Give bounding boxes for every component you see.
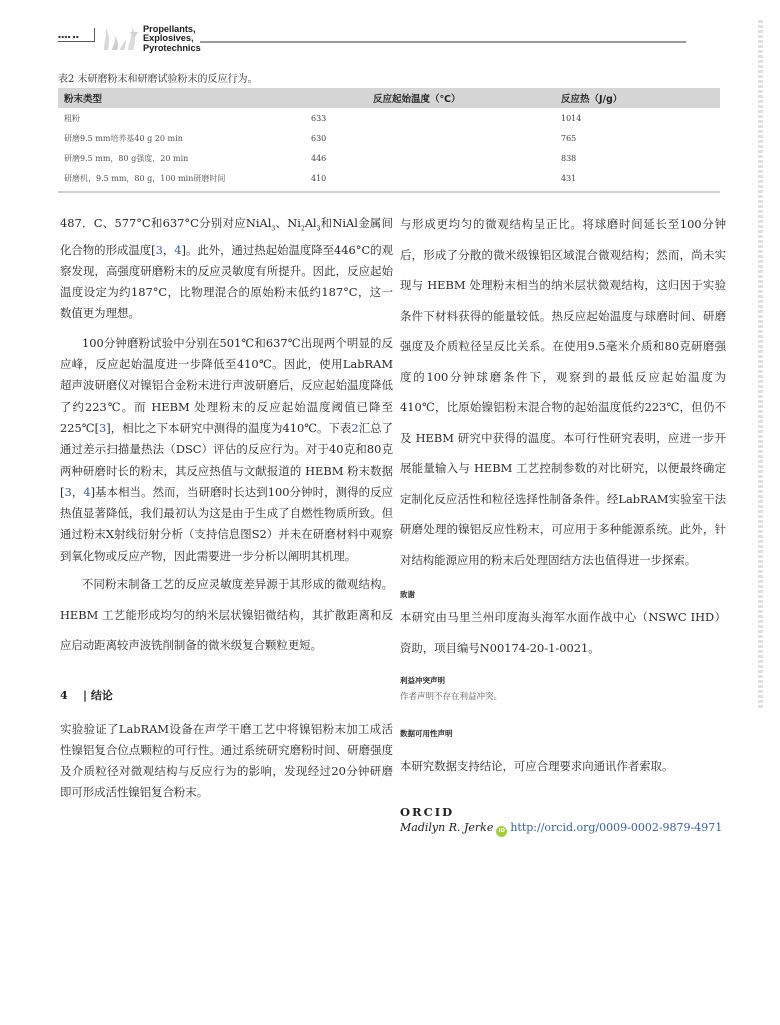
journal-header: ▪▪▪▪ ▪▪ Propellants, Explosives, Pyrotec… — [0, 0, 780, 60]
table-header-row: 粉末类型 反应起始温度（℃） 反应热（J/g） — [58, 88, 720, 108]
section-title: | 结论 — [83, 689, 113, 702]
acknowledgments-heading: 致谢 — [400, 589, 726, 600]
orcid-author-name: Madilyn R. Jerke — [400, 821, 493, 834]
cell-onset-temperature: 446 — [311, 154, 561, 163]
orcid-entry: Madilyn R. JerkeiDhttp://orcid.org/0009-… — [400, 819, 726, 837]
column-header-onset-temperature: 反应起始温度（℃） — [311, 91, 561, 105]
paragraph-microstructure-difference: 不同粉末制备工艺的反应灵敏度差异源于其形成的微观结构。 HEBM 工艺能形成均匀… — [60, 569, 393, 661]
journal-flame-logo-icon — [100, 24, 142, 52]
cell-powder-type: 研磨9.5 mm，80 g强度，20 min — [58, 153, 311, 164]
cell-powder-type: 粗粉 — [58, 113, 311, 124]
cell-powder-type: 研磨9.5 mm培养基40 g 20 min — [58, 133, 311, 144]
text-run: 、Ni — [275, 216, 301, 230]
table-2-link[interactable]: 2 — [351, 421, 358, 435]
cell-onset-temperature: 410 — [311, 174, 561, 183]
table-row: 研磨9.5 mm培养基40 g 20 min 630 765 — [58, 128, 720, 148]
text-run: ， — [163, 243, 174, 257]
data-availability-heading: 数据可用性声明 — [400, 728, 726, 739]
header-vertical-divider — [94, 28, 95, 42]
column-header-heat-of-reaction: 反应热（J/g） — [561, 91, 720, 105]
section-heading-conclusion: 4 | 结论 — [60, 687, 393, 703]
orcid-id-icon[interactable]: iD — [496, 826, 507, 837]
text-run: Al — [305, 216, 317, 230]
journal-title-line-3: Pyrotechnics — [143, 44, 201, 53]
citation-link-3[interactable]: 3 — [64, 485, 71, 499]
table-row: 粗粉 633 1014 — [58, 108, 720, 128]
orcid-profile-link[interactable]: http://orcid.org/0009-0002-9879-4971 — [510, 821, 722, 834]
right-column: 与形成更均匀的微观结构呈正比。将球磨时间延长至100分钟后，形成了分散的微米级镍… — [400, 213, 726, 837]
conflict-of-interest-heading: 利益冲突声明 — [400, 675, 726, 686]
cell-onset-temperature: 630 — [311, 134, 561, 143]
cell-heat-of-reaction: 1014 — [561, 114, 720, 123]
left-column: 487．C、577°C和637°C分别对应NiAl3、Ni2Al3和NiAl金属… — [60, 213, 393, 804]
paragraph-conclusion-continued: 与形成更均匀的微观结构呈正比。将球磨时间延长至100分钟后，形成了分散的微米级镍… — [400, 209, 726, 575]
journal-title: Propellants, Explosives, Pyrotechnics — [143, 25, 201, 53]
citation-link-3[interactable]: 3 — [156, 243, 163, 257]
cell-onset-temperature: 633 — [311, 114, 561, 123]
reaction-behavior-table: 粉末类型 反应起始温度（℃） 反应热（J/g） 粗粉 633 1014 研磨9.… — [58, 88, 720, 193]
text-run: ]，相比之下本研究中测得的温度为410℃。下表 — [106, 421, 351, 435]
conflict-of-interest-text: 作者声明不存在利益冲突。 — [400, 690, 726, 702]
table-bottom-rule — [58, 191, 720, 193]
paragraph-intermetallic-temps: 487．C、577°C和637°C分别对应NiAl3、Ni2Al3和NiAl金属… — [60, 213, 393, 325]
cell-heat-of-reaction: 765 — [561, 134, 720, 143]
cell-powder-type: 研磨机，9.5 mm，80 g，100 min研磨时间 — [58, 173, 311, 184]
vertical-margin-watermark — [758, 20, 763, 710]
table-row: 研磨机，9.5 mm，80 g，100 min研磨时间 410 431 — [58, 168, 720, 188]
section-number: 4 — [60, 689, 68, 702]
citation-link-4[interactable]: 4 — [174, 243, 181, 257]
header-tick-rule — [58, 41, 95, 42]
text-run: ]基本相当。然而，当研磨时长达到100分钟时，测得的反应热值显著降低，我们最初认… — [60, 485, 393, 563]
table-row: 研磨9.5 mm，80 g强度，20 min 446 838 — [58, 148, 720, 168]
text-run: 487．C、577°C和637°C分别对应NiAl — [60, 216, 271, 230]
table-caption: 表2 未研磨粉末和研磨试验粉末的反应行为。 — [58, 70, 258, 85]
orcid-heading: ORCID — [400, 805, 726, 819]
text-run: ， — [72, 485, 84, 499]
column-header-powder-type: 粉末类型 — [58, 91, 311, 105]
paragraph-conclusion: 实验验证了LabRAM设备在声学干磨工艺中将镍铝粉末加工成活性镍铝复合位点颗粒的… — [60, 719, 393, 804]
citation-link-4[interactable]: 4 — [83, 485, 90, 499]
header-rule — [200, 41, 686, 43]
data-availability-text: 本研究数据支持结论，可应合理要求向通讯作者索取。 — [400, 757, 726, 775]
cell-heat-of-reaction: 431 — [561, 174, 720, 183]
cell-heat-of-reaction: 838 — [561, 154, 720, 163]
acknowledgments-text: 本研究由马里兰州印度海头海军水面作战中心（NSWC IHD）资助，项目编号N00… — [400, 602, 726, 663]
paragraph-100min-milling: 100分钟磨粉试验中分别在501℃和637℃出现两个明显的反应峰，反应起始温度进… — [60, 333, 393, 567]
header-page-label: ▪▪▪▪ ▪▪ — [58, 34, 79, 39]
